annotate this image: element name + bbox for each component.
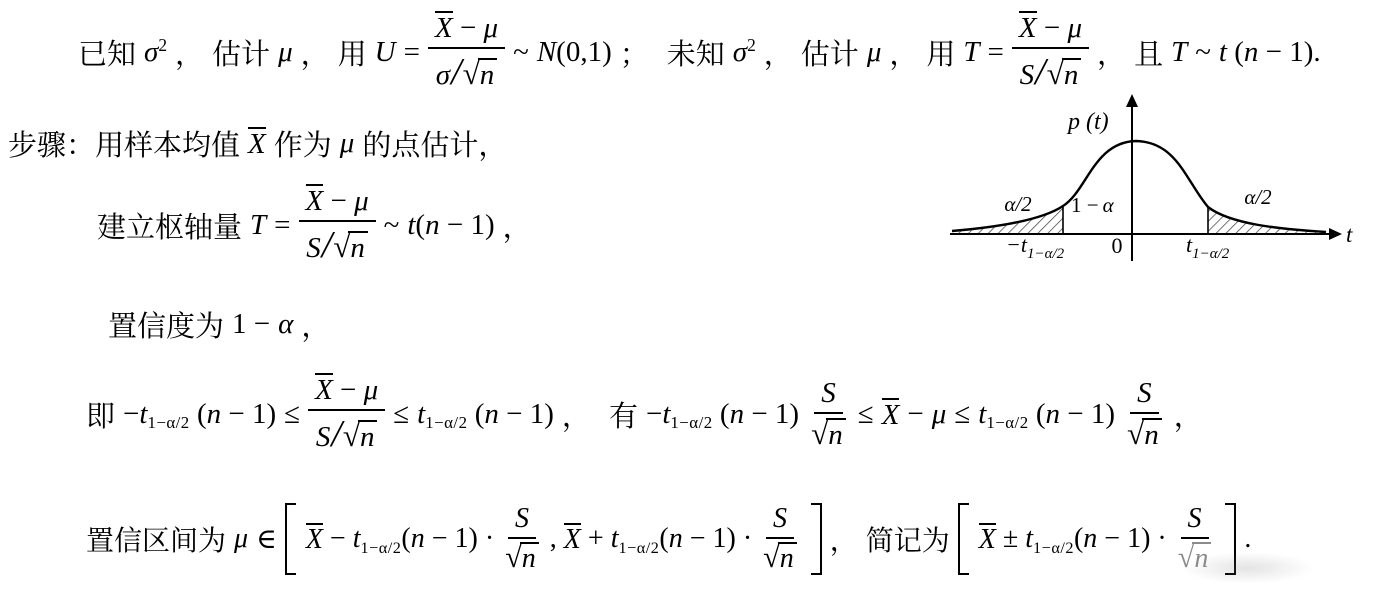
- math-tilde: ~: [513, 36, 529, 69]
- fraction-S-sqrtn: S √n: [1123, 377, 1166, 451]
- math-n: n: [411, 523, 425, 554]
- math-exponent: 2: [747, 35, 756, 55]
- math-n: n: [520, 542, 539, 573]
- interval-bracket-group: X − t1−α/2(n − 1) · S √n , X + t1−α/2(n …: [285, 503, 822, 574]
- normal-dist: N(0,1): [537, 36, 612, 69]
- x-bar: X: [306, 184, 324, 217]
- fraction-U: X − μ σ/√n: [428, 11, 505, 93]
- fraction-numerator: X − μ: [308, 373, 385, 410]
- math-n: n: [1046, 398, 1061, 430]
- t-quantile: t1−α/2(n − 1): [1025, 523, 1150, 555]
- math-le: ≤: [393, 398, 409, 431]
- x-bar: X: [979, 523, 996, 555]
- math-S: S: [306, 232, 321, 264]
- cjk-as: 作为: [274, 123, 332, 164]
- math-token: − 1): [1067, 398, 1115, 430]
- math-paren: (: [720, 398, 730, 430]
- cjk-known: 已知: [78, 32, 136, 73]
- math-minus: −: [1044, 12, 1060, 44]
- x-bar: X: [306, 523, 323, 555]
- x-bar: X: [435, 11, 453, 44]
- punct-comma: ，: [562, 394, 591, 435]
- math-T: T: [1171, 36, 1187, 69]
- math-n: n: [358, 420, 378, 452]
- math-alpha: α: [278, 308, 293, 341]
- left-bracket: [958, 503, 969, 574]
- right-tail-label: α/2: [1244, 185, 1272, 209]
- fraction-numerator: X − μ: [1012, 11, 1089, 48]
- line-pivot: 建立枢轴量 T = X − μ S/√n ~ t(n − 1) ，: [97, 180, 532, 270]
- fraction-T: X − μ S/√n: [299, 184, 376, 266]
- radical-icon: √: [343, 418, 358, 453]
- math-t: t: [353, 523, 361, 554]
- math-sigma: σ: [436, 59, 450, 91]
- math-minus: −: [460, 12, 476, 44]
- math-le: ≤: [858, 398, 874, 431]
- math-minus: −: [907, 398, 923, 431]
- punct-comma: ，: [175, 32, 204, 73]
- cjk-steps: 步骤：用样本均值: [8, 123, 240, 164]
- sigma-squared: σ2: [144, 36, 167, 69]
- math-mu: μ: [354, 185, 369, 217]
- math-token: 1 −: [1071, 193, 1099, 217]
- math-n: n: [1142, 418, 1162, 450]
- watermark-remnant: [1180, 552, 1315, 584]
- fraction-numerator: X − μ: [299, 184, 376, 221]
- zero-tick-label: 0: [1112, 233, 1123, 258]
- math-t: t: [417, 398, 425, 430]
- math-cdot: ·: [743, 523, 752, 555]
- math-args: (0,1): [556, 36, 612, 68]
- math-subscript: 1−α/2: [618, 539, 659, 557]
- punct-comma: ，: [1097, 32, 1126, 73]
- neg-t-quantile: −t1−α/2 (n − 1): [646, 398, 799, 431]
- math-mu: μ: [364, 374, 379, 406]
- punct-semicolon: ；: [620, 32, 649, 73]
- cjk-build-pivot: 建立枢轴量: [97, 205, 242, 246]
- punct-comma: ，: [503, 205, 532, 246]
- sqrt-n: √n: [1047, 59, 1082, 91]
- sqrt-n: √n: [811, 419, 846, 451]
- math-le: ≤: [284, 398, 300, 431]
- math-n: n: [1062, 58, 1082, 90]
- fraction-denominator: S/√n: [312, 411, 382, 455]
- cjk-unknown: 未知: [667, 32, 725, 73]
- math-T: T: [963, 36, 979, 69]
- math-minus: −: [330, 523, 346, 555]
- x-bar: X: [1019, 11, 1037, 44]
- math-subscript: 1−α/2: [670, 413, 712, 432]
- math-token: 1 −: [232, 308, 270, 341]
- sqrt-n: √n: [763, 543, 797, 574]
- math-T: T: [250, 209, 266, 242]
- right-quantile-tick-label: t1−α/2: [1186, 232, 1230, 262]
- math-mu: μ: [867, 36, 882, 69]
- math-equals: =: [988, 36, 1004, 69]
- fraction-denominator: √n: [1123, 414, 1166, 451]
- math-subscript: 1−α/2: [1033, 539, 1074, 557]
- math-mu: μ: [340, 127, 355, 160]
- punct-period: .: [1244, 523, 1251, 555]
- math-mu: μ: [484, 12, 499, 44]
- line-confidence-level: 置信度为 1 − α ，: [108, 300, 330, 348]
- math-n: n: [425, 209, 440, 241]
- math-mu: μ: [234, 523, 248, 555]
- fraction-S-sqrtn: S √n: [807, 377, 850, 451]
- math-token: − 1): [506, 398, 554, 430]
- fraction-denominator: S/√n: [1016, 49, 1086, 93]
- t-quantile: t1−α/2 (n − 1): [978, 398, 1115, 431]
- punct-comma: ，: [830, 519, 858, 559]
- left-bracket: [285, 503, 296, 574]
- math-slash: /: [331, 413, 341, 455]
- math-minus: −: [340, 374, 356, 406]
- math-subscript: 1−α/2: [1027, 246, 1065, 262]
- sqrt-n: √n: [333, 232, 368, 264]
- math-token: − 1): [228, 398, 276, 430]
- t-dist: t (n − 1).: [1219, 36, 1321, 69]
- punct-list-comma: ,: [550, 523, 557, 555]
- fraction-denominator: √n: [807, 414, 850, 451]
- math-n: n: [826, 418, 846, 450]
- math-token: − 1): [751, 398, 799, 430]
- t-distribution-diagram: p (t) t α/2 α/2 1 −α −t1−α/2 0 t1−α/2: [940, 93, 1375, 285]
- left-quantile-tick-label: −t1−α/2: [1006, 232, 1065, 262]
- math-plus: +: [588, 523, 604, 555]
- math-minus: −: [330, 185, 346, 217]
- math-token: −t: [1006, 232, 1028, 257]
- math-paren: (: [1234, 36, 1244, 68]
- y-axis-label: p (t): [1066, 109, 1109, 135]
- radical-icon: √: [333, 229, 348, 264]
- sqrt-n: √n: [505, 543, 539, 574]
- math-subscript: 1−α/2: [361, 539, 402, 557]
- math-slash: /: [451, 51, 461, 93]
- math-slash: /: [322, 224, 332, 266]
- x-axis-arrow-icon: [1329, 228, 1342, 240]
- math-paren: (: [415, 209, 425, 241]
- math-minus: −: [123, 398, 139, 430]
- math-n: n: [484, 398, 499, 430]
- x-axis-label: t: [1346, 222, 1353, 247]
- cjk-point-estimate: 的点估计，: [362, 123, 507, 164]
- math-mu: μ: [1067, 12, 1082, 44]
- math-n: n: [730, 398, 745, 430]
- math-token: σ: [733, 36, 747, 68]
- math-paren: (: [401, 523, 410, 554]
- line-inequality: 即 −t1−α/2 (n − 1) ≤ X − μ S/√n ≤ t1−α/2 …: [86, 366, 1203, 462]
- math-paren: (: [475, 398, 485, 430]
- line-known-vs-unknown-sigma: 已知 σ2 ， 估计 μ ， 用 U = X − μ σ/√n ~ N(0,1)…: [78, 8, 1321, 96]
- punct-comma: ，: [1174, 394, 1203, 435]
- math-t: t: [1025, 523, 1033, 554]
- math-tilde: ~: [1195, 36, 1211, 69]
- math-t: t: [1219, 36, 1227, 68]
- math-n: n: [778, 542, 797, 573]
- math-S: S: [766, 503, 794, 538]
- math-subscript: 1−α/2: [147, 413, 189, 432]
- center-area-label: 1 −α: [1071, 193, 1115, 217]
- math-subscript: 1−α/2: [986, 413, 1028, 432]
- math-token: − 1): [1266, 36, 1314, 68]
- punct-comma: ，: [889, 32, 918, 73]
- math-paren: (: [197, 398, 207, 430]
- math-element-of: ∈: [256, 522, 277, 556]
- cjk-that-is: 即: [86, 394, 115, 435]
- cjk-estimate: 估计: [212, 32, 270, 73]
- math-exponent: 2: [158, 35, 167, 55]
- cjk-use: 用: [926, 32, 955, 73]
- math-S: S: [814, 377, 843, 413]
- fraction-denominator: S/√n: [302, 222, 372, 266]
- radical-icon: √: [1047, 56, 1062, 91]
- fraction-denominator: √n: [501, 539, 543, 575]
- radical-icon: √: [463, 56, 478, 91]
- math-minus: −: [646, 398, 662, 430]
- math-cdot: ·: [1157, 523, 1166, 555]
- radical-icon: √: [763, 540, 778, 574]
- sqrt-n: √n: [343, 421, 378, 453]
- fraction-denominator: σ/√n: [432, 49, 501, 93]
- punct-period: .: [1313, 36, 1320, 68]
- right-bracket: [811, 503, 822, 574]
- radical-icon: √: [1127, 416, 1142, 451]
- left-tail-label: α/2: [1004, 192, 1032, 216]
- cjk-use: 用: [338, 32, 367, 73]
- math-n: n: [1244, 36, 1259, 68]
- fraction-numerator: X − μ: [428, 11, 505, 48]
- math-n: n: [1083, 523, 1097, 554]
- cjk-confidence-level: 置信度为: [108, 304, 224, 345]
- cjk-confidence-interval: 置信区间为: [86, 519, 226, 559]
- math-mu: μ: [932, 398, 947, 431]
- sigma-squared: σ2: [733, 36, 756, 69]
- radical-icon: √: [811, 416, 826, 451]
- x-bar: X: [564, 523, 581, 555]
- sqrt-n: √n: [463, 59, 498, 91]
- math-paren: (: [1036, 398, 1046, 430]
- t-quantile: t1−α/2(n − 1): [353, 523, 478, 555]
- math-subscript: 1−α/2: [1192, 246, 1230, 262]
- punct-comma: ，: [764, 32, 793, 73]
- neg-t-quantile: −t1−α/2 (n − 1): [123, 398, 276, 431]
- math-n: n: [207, 398, 222, 430]
- radical-icon: √: [505, 540, 520, 574]
- math-S: S: [1181, 503, 1209, 538]
- x-bar: X: [315, 373, 333, 406]
- math-tilde: ~: [384, 209, 400, 242]
- fraction-S-sqrtn: S √n: [501, 503, 543, 574]
- line-confidence-interval: 置信区间为 μ ∈ X − t1−α/2(n − 1) · S √n , X +…: [86, 485, 1251, 593]
- punct-comma: ，: [301, 304, 330, 345]
- math-le: ≤: [954, 398, 970, 431]
- cjk-estimate: 估计: [801, 32, 859, 73]
- math-S: S: [1130, 377, 1159, 413]
- math-mu: μ: [278, 36, 293, 69]
- fraction-denominator: √n: [759, 539, 801, 575]
- cjk-have: 有: [609, 394, 638, 435]
- y-axis-arrow-icon: [1126, 94, 1138, 107]
- math-plus-minus: ±: [1003, 523, 1018, 555]
- math-equals: =: [274, 209, 290, 242]
- t-quantile: t1−α/2(n − 1): [611, 523, 736, 555]
- x-bar: X: [248, 127, 266, 160]
- math-S: S: [316, 421, 331, 453]
- math-U: U: [375, 36, 396, 69]
- t-dist: t(n − 1): [407, 209, 494, 242]
- math-equals: =: [404, 36, 420, 69]
- t-quantile: t1−α/2 (n − 1): [417, 398, 554, 431]
- math-n: n: [478, 58, 498, 90]
- fraction-T: X − μ S/√n: [1012, 11, 1089, 93]
- math-N: N: [537, 36, 556, 68]
- math-S: S: [1020, 59, 1035, 91]
- math-n: n: [669, 523, 683, 554]
- math-slash: /: [1035, 51, 1045, 93]
- math-token: − 1): [432, 523, 478, 554]
- math-n: n: [348, 231, 368, 263]
- math-token: − 1): [1104, 523, 1150, 554]
- cjk-abbrev: 简记为: [866, 519, 950, 559]
- math-token: σ: [144, 36, 158, 68]
- cjk-and: 且: [1134, 32, 1163, 73]
- math-cdot: ·: [485, 523, 494, 555]
- math-S: S: [508, 503, 536, 538]
- math-paren: (: [1074, 523, 1083, 554]
- math-alpha: α: [1103, 193, 1115, 217]
- fraction-S-sqrtn: S √n: [759, 503, 801, 574]
- sqrt-n: √n: [1127, 419, 1162, 451]
- math-subscript: 1−α/2: [425, 413, 467, 432]
- math-token: − 1): [447, 209, 495, 241]
- x-bar: X: [882, 398, 900, 431]
- line-steps: 步骤：用样本均值 X 作为 μ 的点估计，: [8, 116, 507, 170]
- fraction-T: X − μ S/√n: [308, 373, 385, 455]
- punct-comma: ，: [301, 32, 330, 73]
- math-token: − 1): [690, 523, 736, 554]
- math-paren: (: [659, 523, 668, 554]
